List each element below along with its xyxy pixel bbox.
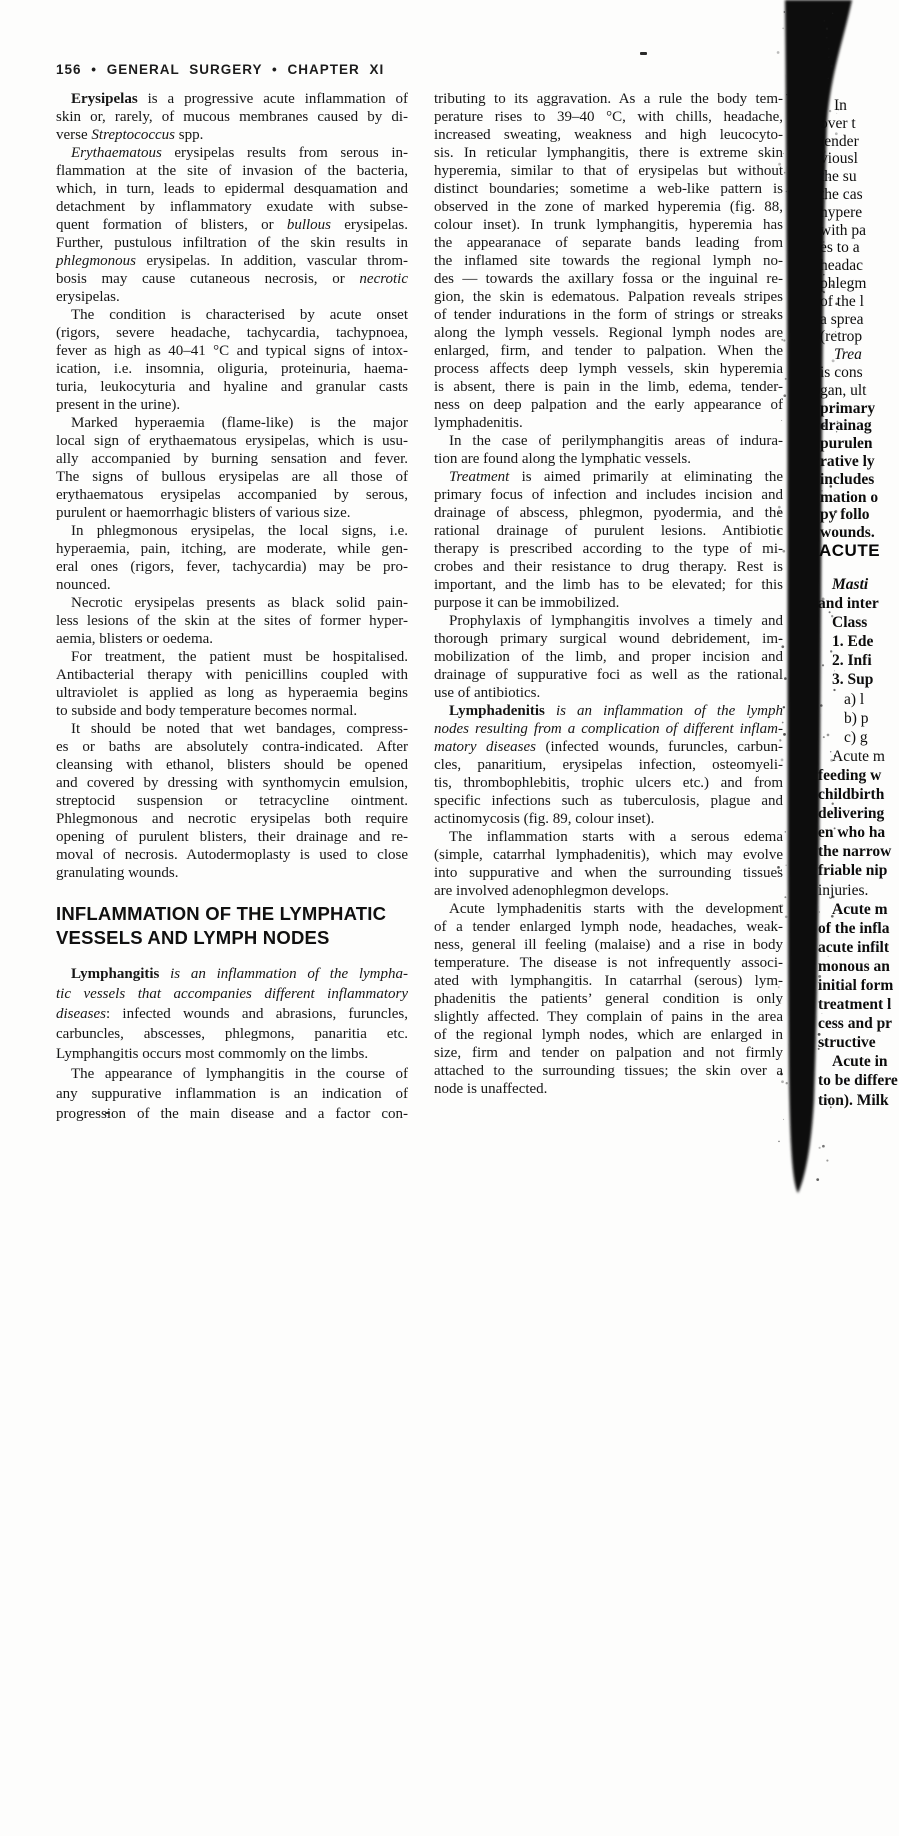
text-line: For treatment, the patient must be hospi… xyxy=(56,648,408,666)
text-line: attached to the surrounding tissues; the… xyxy=(434,1062,783,1080)
text-line: and covered by dressing with synthomycin… xyxy=(56,774,408,792)
clipped-text-line: Acute m xyxy=(818,900,898,919)
text-line: Erythaematous erysipelas results from se… xyxy=(56,144,408,162)
text-line: erysipelas. xyxy=(56,288,408,306)
text-line: cles, panaritium, erysipelas infection, … xyxy=(434,756,783,774)
clipped-text-line: 1. Ede xyxy=(818,632,898,651)
text-line: Treatment is aimed primarily at eliminat… xyxy=(434,468,783,486)
text-line: ness, general ill feeling (malaise) and … xyxy=(434,936,783,954)
clipped-text-line: tender xyxy=(820,133,878,151)
text-line: cleansing with ethanol, blisters should … xyxy=(56,756,408,774)
acute-heading-text: ACUTE xyxy=(819,541,880,560)
text-line: size, firm and tender on palpation and n… xyxy=(434,1044,783,1062)
scan-artifact-dash-bottom xyxy=(105,1112,110,1114)
clipped-text-line: over t xyxy=(820,115,878,133)
clipped-text-line: is cons xyxy=(820,364,878,382)
text-line: process affects deep lymph vessels, skin… xyxy=(434,360,783,378)
text-line: The condition is characterised by acute … xyxy=(56,306,408,324)
clipped-text-line: es to a xyxy=(820,239,878,257)
text-line: Acute lymphadenitis starts with the deve… xyxy=(434,900,783,918)
text-line: present in the urine). xyxy=(56,396,408,414)
text-line: are involved adenophlegmon develops. xyxy=(434,882,783,900)
clipped-text-line: and inter xyxy=(818,594,898,613)
text-line: nodes resulting from a complication of d… xyxy=(434,720,783,738)
text-line: Lymphangitis is an inflammation of the l… xyxy=(56,964,408,984)
text-line: hyperemia, similar to that of erysipelas… xyxy=(434,162,783,180)
text-line: rational drainage of purulent lesions. A… xyxy=(434,522,783,540)
text-line: In the case of perilymphangitis areas of… xyxy=(434,432,783,450)
clipped-text-line: Masti xyxy=(818,575,898,594)
clipped-text-line: feeding w xyxy=(818,766,898,785)
text-line: es or baths are absolutely contra-indica… xyxy=(56,738,408,756)
clipped-text-line: Class xyxy=(818,613,898,632)
text-line: drainage of suppurative foci as well as … xyxy=(434,666,783,684)
clipped-text-line: the narrow xyxy=(818,842,898,861)
clipped-text-line: monous an xyxy=(818,957,898,976)
clipped-text-line: of the infla xyxy=(818,919,898,938)
text-line: actinomycosis (fig. 89, colour inset). xyxy=(434,810,783,828)
clipped-text-line: hypere xyxy=(820,204,878,222)
text-line: use of antibiotics. xyxy=(434,684,783,702)
page-header: 156 • GENERAL SURGERY • CHAPTER XI xyxy=(56,62,384,77)
book-page: 156 • GENERAL SURGERY • CHAPTER XI Erysi… xyxy=(0,0,899,1836)
text-line: which, in turn, leads to epidermal desqu… xyxy=(56,180,408,198)
clipped-text-line: initial form xyxy=(818,976,898,995)
text-line: mobilization of the limb, and proper inc… xyxy=(434,648,783,666)
text-line: is absent, there is pain in the limb, ed… xyxy=(434,378,783,396)
text-line: slightly affected. They complain of pain… xyxy=(434,1008,783,1026)
scan-artifact-dash-top xyxy=(640,52,647,55)
clipped-text-line: (retrop xyxy=(820,328,878,346)
text-line: granulating wounds. xyxy=(56,864,408,882)
clipped-text-line: phlegm xyxy=(820,275,878,293)
text-line: ultraviolet is applied as long as hypera… xyxy=(56,684,408,702)
text-line: verse Streptococcus spp. xyxy=(56,126,408,144)
right-column-heading: ACUTE xyxy=(819,541,880,561)
clipped-text-line: childbirth xyxy=(818,785,898,804)
text-line: hyperaemia, pain, itching, are moderate,… xyxy=(56,540,408,558)
text-line: thorough primary surgical wound debridem… xyxy=(434,630,783,648)
clipped-text-line: py follo xyxy=(820,506,878,524)
clipped-text-line: to be differe xyxy=(818,1071,898,1090)
clipped-text-line: 2. Infi xyxy=(818,651,898,670)
text-line: of tender indurations in the form of str… xyxy=(434,306,783,324)
text-line: bosis may cause cutaneous necrosis, or n… xyxy=(56,270,408,288)
clipped-text-line: cess and pr xyxy=(818,1014,898,1033)
text-line: moval of necrosis. Autodermoplasty is us… xyxy=(56,846,408,864)
text-line: enlarged, firm, and tender to palpation.… xyxy=(434,342,783,360)
clipped-text-line: a sprea xyxy=(820,311,878,329)
text-line: purulent or haemorrhagic blisters of var… xyxy=(56,504,408,522)
text-line: (rigors, severe headache, tachycardia, t… xyxy=(56,324,408,342)
text-line: carbuncles, abscesses, phlegmons, panari… xyxy=(56,1024,408,1044)
text-line: detachment by inflammatory exudate with … xyxy=(56,198,408,216)
text-line: In phlegmonous erysipelas, the local sig… xyxy=(56,522,408,540)
text-line: sis. In reticular lymphangitis, there is… xyxy=(434,144,783,162)
clipped-text-line: In xyxy=(820,97,878,115)
clipped-text-line: rative ly xyxy=(820,453,878,471)
right-column-top: Inover ttenderviouslthe suthe cashyperew… xyxy=(820,97,878,542)
text-line: into suppurative and when the surroundin… xyxy=(434,864,783,882)
text-line: (simple, catarrhal lymphadenitis), which… xyxy=(434,846,783,864)
clipped-text-line: a) l xyxy=(818,690,898,709)
text-line: des — towards the axillary fossa or the … xyxy=(434,270,783,288)
text-line: erythaematous erysipelas accompanied by … xyxy=(56,486,408,504)
clipped-text-line: friable nip xyxy=(818,861,898,880)
text-line: phadenitis the patients’ general conditi… xyxy=(434,990,783,1008)
text-line: The inflammation starts with a serous ed… xyxy=(434,828,783,846)
text-line: perature rises to 39–40 °C, with chills,… xyxy=(434,108,783,126)
clipped-text-line: acute infilt xyxy=(818,938,898,957)
text-line: ication, i.e. insomnia, oliguria, protei… xyxy=(56,360,408,378)
text-line: fever as high as 40–41 °C and typical si… xyxy=(56,342,408,360)
clipped-text-line: of the l xyxy=(820,293,878,311)
text-line: progression of the main disease and a fa… xyxy=(56,1104,408,1124)
right-column-bottom: Mastiand interClass1. Ede2. Infi3. Supa)… xyxy=(818,575,898,1110)
clipped-text-line: c) g xyxy=(818,728,898,747)
text-line: matory diseases (infected wounds, furunc… xyxy=(434,738,783,756)
text-line: skin or, rarely, of mucous membranes cau… xyxy=(56,108,408,126)
text-line: Marked hyperaemia (flame-like) is the ma… xyxy=(56,414,408,432)
middle-column: tributing to its aggravation. As a rule … xyxy=(434,90,783,1098)
clipped-text-line: wounds. xyxy=(820,524,878,542)
text-line: aemia, blisters or oedema. xyxy=(56,630,408,648)
clipped-text-line: the su xyxy=(820,168,878,186)
clipped-text-line: 3. Sup xyxy=(818,670,898,689)
text-line: eral ones (rigors, fever, tachycardia) m… xyxy=(56,558,408,576)
text-line: colour inset). In trunk lymphangitis, hy… xyxy=(434,216,783,234)
text-line: The appearance of lymphangitis in the co… xyxy=(56,1064,408,1084)
text-line: crobes and their resistance to drug ther… xyxy=(434,558,783,576)
text-line: Lymphangitis occurs most commomly on the… xyxy=(56,1044,408,1064)
text-line: Necrotic erysipelas presents as black so… xyxy=(56,594,408,612)
text-line: of the regional lymph nodes, which are e… xyxy=(434,1026,783,1044)
text-line: Antibacterial therapy with penicillins c… xyxy=(56,666,408,684)
clipped-text-line: b) p xyxy=(818,709,898,728)
text-line: ness on deep palpation and the early app… xyxy=(434,396,783,414)
clipped-text-line: purulen xyxy=(820,435,878,453)
clipped-text-line: the cas xyxy=(820,186,878,204)
text-line: Erysipelas is a progressive acute inflam… xyxy=(56,90,408,108)
clipped-text-line: Trea xyxy=(820,346,878,364)
text-line: important, and the limb has to be elevat… xyxy=(434,576,783,594)
text-line: The signs of bullous erysipelas are all … xyxy=(56,468,408,486)
page-header-text: 156 • GENERAL SURGERY • CHAPTER XI xyxy=(56,62,384,77)
text-line: less lesions of the skin at the sites of… xyxy=(56,612,408,630)
text-line: along the lymph vessels. Regional lymph … xyxy=(434,324,783,342)
text-line: tis, thrombophlebitis, trophic ulcers et… xyxy=(434,774,783,792)
clipped-text-line: mation o xyxy=(820,489,878,507)
section-heading-line: INFLAMMATION OF THE LYMPHATIC xyxy=(56,902,408,926)
text-line: Lymphadenitis is an inflammation of the … xyxy=(434,702,783,720)
text-line: opening of purulent blisters, their drai… xyxy=(56,828,408,846)
clipped-text-line: structive xyxy=(818,1033,898,1052)
text-line: tion are found along the lymphatic vesse… xyxy=(434,450,783,468)
text-line: phlegmonous erysipelas. In addition, vas… xyxy=(56,252,408,270)
text-line: tributing to its aggravation. As a rule … xyxy=(434,90,783,108)
text-line: turia, leukocyturia and hyaline and gran… xyxy=(56,378,408,396)
clipped-text-line: delivering xyxy=(818,804,898,823)
text-line: It should be noted that wet bandages, co… xyxy=(56,720,408,738)
clipped-text-line: en who ha xyxy=(818,823,898,842)
clipped-text-line: Acute in xyxy=(818,1052,898,1071)
text-line: any suppurative inflammation is an indic… xyxy=(56,1084,408,1104)
text-line: therapy is prescribed according to the t… xyxy=(434,540,783,558)
clipped-text-line: with pa xyxy=(820,222,878,240)
text-line: observed in the zone of marked hyperemia… xyxy=(434,198,783,216)
text-line: Phlegmonous and necrotic erysipelas both… xyxy=(56,810,408,828)
text-line: purpose it can be immobilized. xyxy=(434,594,783,612)
text-line: ally accompanied by burning sensation an… xyxy=(56,450,408,468)
text-line: temperature. The disease is not infreque… xyxy=(434,954,783,972)
text-line: quent formation of blisters, or bullous … xyxy=(56,216,408,234)
text-line: Prophylaxis of lymphangitis involves a t… xyxy=(434,612,783,630)
text-line: ated with lymphangitis. In catarrhal (se… xyxy=(434,972,783,990)
text-line: primary focus of infection and includes … xyxy=(434,486,783,504)
text-line: specific infections such as tuberculosis… xyxy=(434,792,783,810)
text-line: the appearanace of separate bands leadin… xyxy=(434,234,783,252)
text-line: flammation at the site of invasion of th… xyxy=(56,162,408,180)
text-line: node is unaffected. xyxy=(434,1080,783,1098)
text-line: of a tender enlarged lymph node, headach… xyxy=(434,918,783,936)
text-line: increased sweating, weakness and high le… xyxy=(434,126,783,144)
text-line: distinct boundaries; sometime a web-like… xyxy=(434,180,783,198)
text-line: drainage of abscess, phlegmon, pyodermia… xyxy=(434,504,783,522)
clipped-text-line: viousl xyxy=(820,150,878,168)
text-line: nounced. xyxy=(56,576,408,594)
clipped-text-line: treatment l xyxy=(818,995,898,1014)
text-line: to subside and body temperature becomes … xyxy=(56,702,408,720)
text-line: lymphadenitis. xyxy=(434,414,783,432)
text-line: diseases: infected wounds and abrasions,… xyxy=(56,1004,408,1024)
clipped-text-line: primary xyxy=(820,400,878,418)
clipped-text-line: injuries. xyxy=(818,881,898,900)
text-line: Further, pustulous infiltration of the s… xyxy=(56,234,408,252)
clipped-text-line: Acute m xyxy=(818,747,898,766)
clipped-text-line: gan, ult xyxy=(820,382,878,400)
text-line: the inflamed site towards the regional l… xyxy=(434,252,783,270)
text-line: streptocid suspension or tetracycline oi… xyxy=(56,792,408,810)
left-column: Erysipelas is a progressive acute inflam… xyxy=(56,90,408,1124)
clipped-text-line: includes xyxy=(820,471,878,489)
clipped-text-line: headac xyxy=(820,257,878,275)
clipped-text-line: tion). Milk xyxy=(818,1091,898,1110)
text-line: gion, the skin is edematous. Palpation r… xyxy=(434,288,783,306)
text-line: tic vessels that accompanies different i… xyxy=(56,984,408,1004)
clipped-text-line: drainag xyxy=(820,417,878,435)
text-line: local sign of erythaematous erysipelas, … xyxy=(56,432,408,450)
section-heading-line: VESSELS AND LYMPH NODES xyxy=(56,926,408,950)
